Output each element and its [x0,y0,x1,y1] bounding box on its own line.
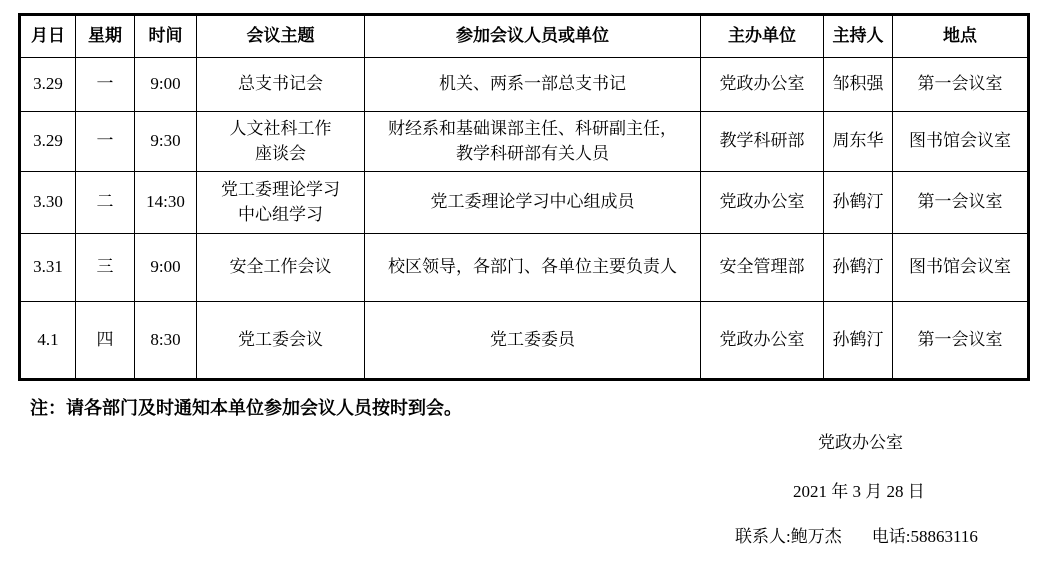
cell-time: 9:00 [135,234,197,302]
cell-location: 第一会议室 [893,172,1029,234]
cell-topic: 党工委理论学习 中心组学习 [197,172,365,234]
header-topic: 会议主题 [197,15,365,58]
cell-weekday: 一 [76,58,135,112]
cell-participants: 党工委理论学习中心组成员 [365,172,701,234]
cell-organizer: 党政办公室 [701,58,824,112]
table-row: 3.29 一 9:00 总支书记会 机关、两系一部总支书记 党政办公室 邹积强 … [20,58,1029,112]
cell-topic: 安全工作会议 [197,234,365,302]
cell-organizer: 党政办公室 [701,302,824,380]
cell-participants: 党工委委员 [365,302,701,380]
cell-date: 4.1 [20,302,76,380]
cell-date: 3.29 [20,58,76,112]
cell-participants: 机关、两系一部总支书记 [365,58,701,112]
cell-participants: 校区领导，各部门、各单位主要负责人 [365,234,701,302]
cell-date: 3.30 [20,172,76,234]
cell-weekday: 二 [76,172,135,234]
contact-person: 联系人:鲍万杰 [735,527,842,546]
cell-location: 图书馆会议室 [893,112,1029,172]
cell-weekday: 一 [76,112,135,172]
cell-time: 9:00 [135,58,197,112]
cell-location: 图书馆会议室 [893,234,1029,302]
cell-chair: 孙鹤汀 [824,234,893,302]
cell-date: 3.31 [20,234,76,302]
table-row: 4.1 四 8:30 党工委会议 党工委委员 党政办公室 孙鹤汀 第一会议室 [20,302,1029,380]
meeting-schedule-document: 月日 星期 时间 会议主题 参加会议人员或单位 主办单位 主持人 地点 3.29… [0,0,1038,562]
header-chair: 主持人 [824,15,893,58]
table-row: 3.31 三 9:00 安全工作会议 校区领导，各部门、各单位主要负责人 安全管… [20,234,1029,302]
cell-date: 3.29 [20,112,76,172]
table-header-row: 月日 星期 时间 会议主题 参加会议人员或单位 主办单位 主持人 地点 [20,15,1029,58]
cell-participants: 财经系和基础课部主任、科研副主任， 教学科研部有关人员 [365,112,701,172]
contact-phone: 电话:58863116 [872,527,978,546]
table-row: 3.30 二 14:30 党工委理论学习 中心组学习 党工委理论学习中心组成员 … [20,172,1029,234]
note-text: 注：请各部门及时通知本单位参加会议人员按时到会。 [30,394,462,420]
cell-chair: 周东华 [824,112,893,172]
header-participants: 参加会议人员或单位 [365,15,701,58]
cell-chair: 孙鹤汀 [824,172,893,234]
header-location: 地点 [893,15,1029,58]
signature-date: 2021 年 3 月 28 日 [793,477,925,502]
cell-weekday: 四 [76,302,135,380]
header-date: 月日 [20,15,76,58]
cell-organizer: 安全管理部 [701,234,824,302]
signature-department: 党政办公室 [818,428,903,453]
header-weekday: 星期 [76,15,135,58]
cell-topic: 党工委会议 [197,302,365,380]
cell-chair: 孙鹤汀 [824,302,893,380]
contact-line: 联系人:鲍万杰电话:58863116 [735,522,978,547]
cell-topic: 总支书记会 [197,58,365,112]
header-time: 时间 [135,15,197,58]
cell-location: 第一会议室 [893,58,1029,112]
cell-location: 第一会议室 [893,302,1029,380]
cell-organizer: 党政办公室 [701,172,824,234]
cell-weekday: 三 [76,234,135,302]
meeting-schedule-table: 月日 星期 时间 会议主题 参加会议人员或单位 主办单位 主持人 地点 3.29… [18,13,1030,381]
cell-organizer: 教学科研部 [701,112,824,172]
table-row: 3.29 一 9:30 人文社科工作 座谈会 财经系和基础课部主任、科研副主任，… [20,112,1029,172]
cell-topic: 人文社科工作 座谈会 [197,112,365,172]
cell-time: 8:30 [135,302,197,380]
cell-chair: 邹积强 [824,58,893,112]
header-organizer: 主办单位 [701,15,824,58]
cell-time: 14:30 [135,172,197,234]
cell-time: 9:30 [135,112,197,172]
